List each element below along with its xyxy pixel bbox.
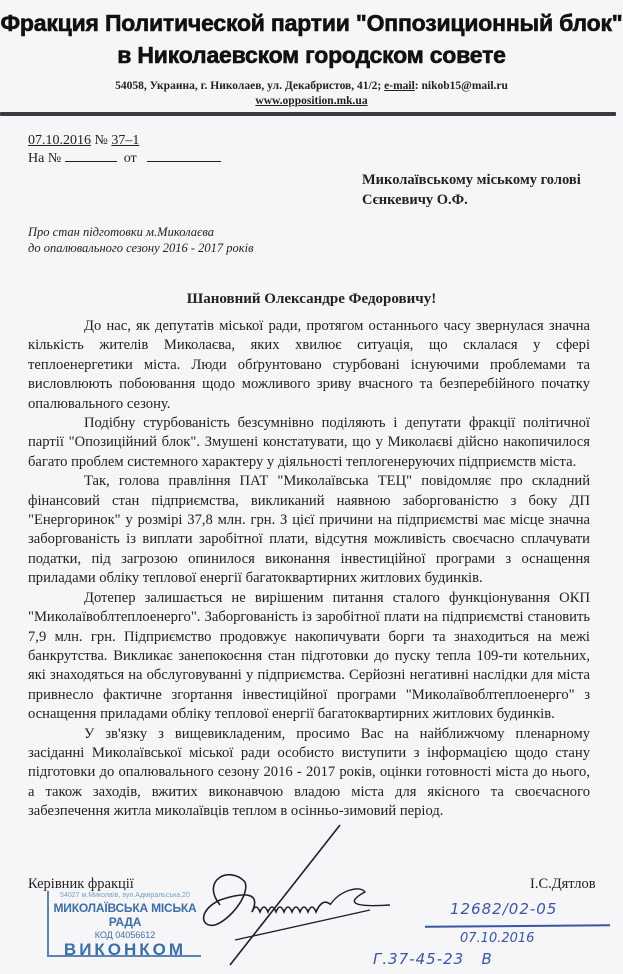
handwritten-signature-icon [190, 820, 430, 970]
stamp-name: МИКОЛАЇВСЬКА МІСЬКА РАДА [49, 901, 201, 929]
email-value: : nikob15@mail.ru [415, 80, 508, 92]
outgoing-date: 07.10.2016 [28, 133, 91, 148]
subject-line1: Про стан підготовки м.Миколаєва [28, 225, 214, 240]
outgoing-number: 37–1 [111, 133, 139, 148]
reference-line-incoming: На № от [28, 149, 221, 167]
note-text: Г.37-45-23 [373, 950, 464, 968]
reply-date-blank [147, 149, 221, 162]
letterhead-divider [0, 112, 616, 116]
stamp-department: ВИКОНКОМ [49, 940, 201, 960]
paragraph: Дотепер залишається не вирішеним питання… [28, 589, 590, 725]
number-sign: № [91, 133, 111, 148]
paragraph: Подібну стурбованість безсумнівно поділя… [28, 414, 590, 472]
from-label: от [124, 151, 137, 166]
official-stamp: 54027 м.Миколаїв, вул.Адміральська,20 МИ… [47, 891, 201, 957]
registration-divider [425, 924, 610, 927]
letterhead-title-line1: Фракция Политической партии "Оппозиционн… [0, 10, 623, 37]
paragraph: Так, голова правління ПАТ "Миколаївська … [28, 472, 590, 588]
salutation: Шановний Олександре Федоровичу! [0, 291, 623, 308]
reference-line-outgoing: 07.10.2016 № 37–1 [28, 133, 139, 149]
signer-name: І.С.Дятлов [530, 876, 596, 893]
registration-number: 12682/02-05 [450, 900, 557, 918]
subject-line2: до опалювального сезону 2016 - 2017 рокі… [28, 241, 254, 256]
address-text: 54058, Украина, г. Николаев, ул. Декабри… [115, 80, 384, 92]
note-initials: В [482, 950, 493, 968]
paragraph: До нас, як депутатів міської ради, протя… [28, 317, 590, 414]
handwritten-note: Г.37-45-23 В [373, 950, 493, 968]
addressee-line1: Миколаївському міському голові [362, 172, 581, 189]
registration-date: 07.10.2016 [460, 931, 534, 946]
reply-number-blank [65, 149, 117, 162]
stamp-code: КОД 04056612 [49, 930, 201, 940]
stamp-address: 54027 м.Миколаїв, вул.Адміральська,20 [49, 892, 201, 899]
letter-body: До нас, як депутатів міської ради, протя… [28, 317, 590, 822]
letterhead-title-line2: в Николаевском городском совете [0, 42, 623, 69]
paragraph: У зв'язку з вищевикладеним, просимо Вас … [28, 725, 590, 822]
email-label: e-mail [384, 80, 415, 92]
addressee-line2: Сєнкевичу О.Ф. [362, 192, 468, 209]
reply-to-label: На № [28, 151, 61, 166]
letterhead-address: 54058, Украина, г. Николаев, ул. Декабри… [0, 80, 623, 92]
letterhead-website: www.opposition.mk.ua [0, 95, 623, 107]
